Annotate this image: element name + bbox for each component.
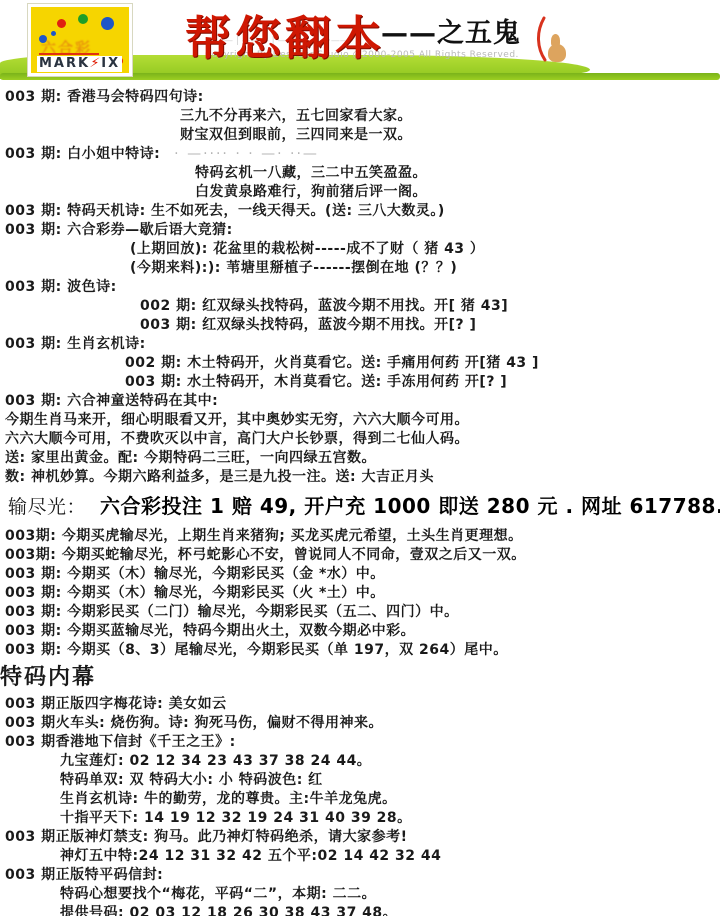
- text-line: 生肖玄机诗: 牛的勤劳，龙的尊贵。主:牛羊龙兔虎。: [60, 790, 720, 809]
- text-line: 003 期: 红双绿头找特码，蓝波今期不用找。开[? ]: [140, 316, 720, 335]
- text-line: 三九不分再来六，五七回家看大家。: [180, 107, 720, 126]
- text-line: 003 期正版神灯禁支: 狗马。此乃神灯特码绝杀，请大家参考!: [5, 828, 720, 847]
- logo-brand-text: MARK⚡IX: [37, 56, 122, 72]
- text-line: 003 期: 香港马会特码四句诗:: [5, 88, 720, 107]
- text-line: 003 期: 今期买（木）输尽光，今期彩民买（金 *水）中。: [5, 565, 720, 584]
- text-line: 财宝双但到眼前，三四同来是一双。: [180, 126, 720, 145]
- text-line: 003期: 今期买蛇输尽光，杯弓蛇影心不安，曾说同人不同命，壹双之后又一双。: [5, 546, 720, 565]
- text-line: 003 期: 水土特码开，木肖莫看它。送: 手冻用何药 开[? ]: [125, 373, 720, 392]
- text-line: 数: 神机妙算。今期六路利益多，是三是九投一注。送: 大吉正月头: [5, 468, 720, 487]
- text-line: 003 期: 六合神童送特码在其中:: [5, 392, 720, 411]
- text-line: 003 期香港地下信封《千王之王》:: [5, 733, 720, 752]
- text-line: 提供号码: 02 03 12 18 26 30 38 43 37 48。: [60, 904, 720, 916]
- logo-dot-green: [78, 14, 88, 24]
- text-line: 003 期: 波色诗:: [5, 278, 720, 297]
- promo-label: 输尽光：: [8, 496, 86, 518]
- page-subtitle: ——之五鬼: [381, 11, 521, 50]
- page-title: 帮您翻本: [185, 2, 385, 68]
- text-line: 今期生肖马来开，细心明眼看又开，其中奥妙实无穷，六六大顺今可用。: [5, 411, 720, 430]
- small-animal-decoration-body: [548, 44, 566, 62]
- logo-brand-right: IX: [101, 56, 120, 71]
- text-line: 神灯五中特:24 12 31 32 42 五个平:02 14 42 32 44: [60, 847, 720, 866]
- body-lines: 003 期: 香港马会特码四句诗:三九不分再来六，五七回家看大家。财宝双但到眼前…: [0, 84, 720, 916]
- logo-brand-left: MARK: [39, 56, 90, 71]
- text-line: 003 期: 特码天机诗: 生不如死去，一线天得天。(送: 三八大数灵。): [5, 202, 720, 221]
- text-line: 003 期火车头: 烧伤狗。诗: 狗死马伤，偏财不得用神来。: [5, 714, 720, 733]
- text-line: 003 期: 生肖玄机诗:: [5, 335, 720, 354]
- logo-red-underline: [39, 53, 99, 55]
- text-line: 003期: 今期买虎输尽光，上期生肖来猪狗; 买龙买虎元希望，土头生肖更理想。: [5, 527, 720, 546]
- text-line: 002 期: 木土特码开，火肖莫看它。送: 手痛用何药 开[猪 43 ]: [125, 354, 720, 373]
- text-line: 送: 家里出黄金。配: 今期特码二三旺，一向四绿五宫数。: [5, 449, 720, 468]
- text-line: 003 期: 今期彩民买（二门）输尽光，今期彩民买（五二、四门）中。: [5, 603, 720, 622]
- text-line: 特码玄机一八藏，三二中五笑盈盈。: [195, 164, 720, 183]
- mark-six-logo: 六合彩 MARK⚡IX: [28, 4, 132, 76]
- text-line: 003 期: 今期买（8、3）尾输尽光，今期彩民买（单 197，双 264）尾中…: [5, 641, 720, 660]
- text-line: 十指平天下: 14 19 12 32 19 24 31 40 39 28。: [60, 809, 720, 828]
- text-line: (上期回放): 花盆里的栽松树-----成不了财（ 猪 43 ）: [130, 240, 720, 259]
- page-header: 六合彩 MARK⚡IX —— | ——— | ——··—— | ·—— Copy…: [0, 0, 720, 84]
- text-line: 003 期正版特平码信封:: [5, 866, 720, 885]
- lottery-tip-sheet: { "header": { "logo": { "brand_left": "M…: [0, 0, 720, 916]
- text-line: 003 期正版四字梅花诗: 美女如云: [5, 695, 720, 714]
- logo-dot-blue-large: [101, 17, 114, 30]
- logo-dot-blue-tiny: [51, 31, 56, 36]
- text-line: (今期来料):): 苇塘里掰植子------摆倒在地 (？？): [130, 259, 720, 278]
- text-line: 003 期: 今期买蓝输尽光，特码今期出火土，双数今期必中彩。: [5, 622, 720, 641]
- text-line: 特码心想要找个“梅花，平码“二”，本期: 二二。: [60, 885, 720, 904]
- section-heading: 特码内幕: [0, 663, 720, 693]
- logo-dot-red: [57, 19, 66, 28]
- text-line: 003 期: 白小姐中特诗:· —···· · · —· ··—: [5, 145, 720, 164]
- text-line: 003 期: 六合彩券—歇后语大竞猜:: [5, 221, 720, 240]
- text-line: 九宝莲灯: 02 12 34 23 43 37 38 24 44。: [60, 752, 720, 771]
- text-line: 003 期: 今期买（木）输尽光，今期彩民买（火 *土）中。: [5, 584, 720, 603]
- promo-line: 输尽光：六合彩投注 1 赔 49, 开户充 1000 即送 280 元 . 网址…: [0, 491, 720, 521]
- promo-text: 六合彩投注 1 赔 49, 开户充 1000 即送 280 元 . 网址 617…: [100, 494, 720, 518]
- text-line: 特码单双: 双 特码大小: 小 特码波色: 红: [60, 771, 720, 790]
- text-line: 六六大顺今可用，不费吹灭以中言，高门大户长钞票，得到二七仙人码。: [5, 430, 720, 449]
- faded-erased-text: · —···· · · —· ··—: [174, 146, 319, 162]
- text-line: 白发黄泉路难行，狗前猪后评一阁。: [195, 183, 720, 202]
- text-line: 002 期: 红双绿头找特码，蓝波今期不用找。开[ 猪 43]: [140, 297, 720, 316]
